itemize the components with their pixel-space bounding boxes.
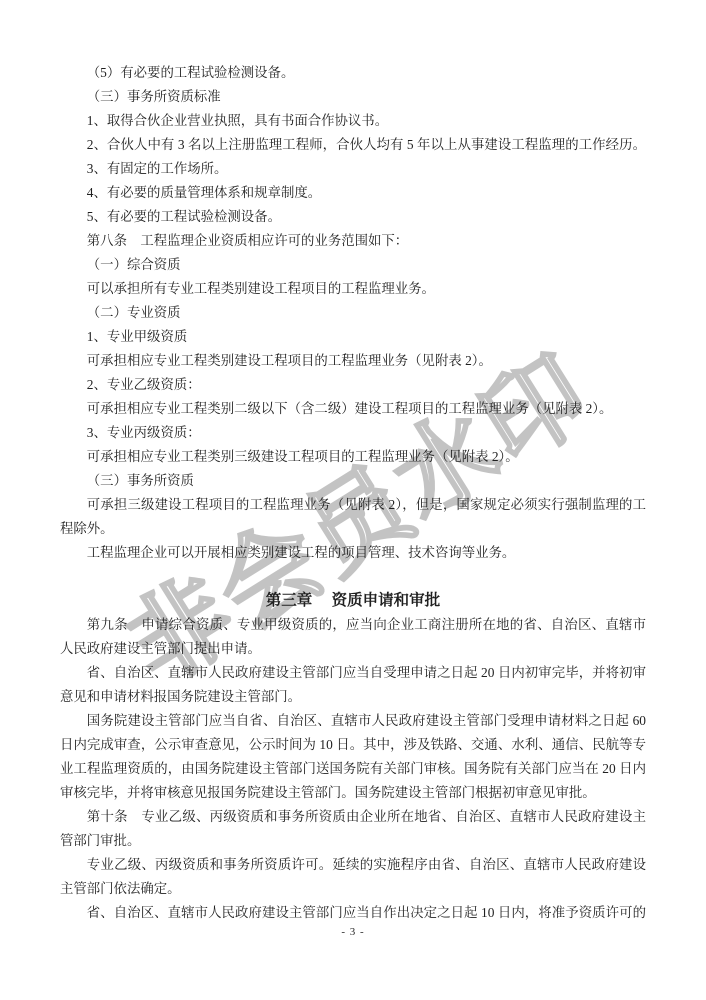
text-line: 管部门审批。 — [60, 829, 646, 853]
text-line: （二）专业资质 — [60, 301, 646, 325]
text-line: 专业乙级、丙级资质和事务所资质许可。延续的实施程序由省、自治区、直辖市人民政府建… — [60, 853, 646, 877]
blank-line — [60, 565, 646, 589]
text-line: 3、有固定的工作场所。 — [60, 157, 646, 181]
text-line: （三）事务所资质 — [60, 469, 646, 493]
document-body: （5）有必要的工程试验检测设备。（三）事务所资质标准1、取得合伙企业营业执照，具… — [60, 61, 646, 925]
text-line: 第八条 工程监理企业资质相应许可的业务范围如下： — [60, 229, 646, 253]
text-line: 工程监理企业可以开展相应类别建设工程的项目管理、技术咨询等业务。 — [60, 541, 646, 565]
text-line: 可承担三级建设工程项目的工程监理业务（见附表 2），但是，国家规定必须实行强制监… — [60, 493, 646, 517]
text-line: 日内完成审查，公示审查意见，公示时间为 10 日。其中，涉及铁路、交通、水利、通… — [60, 733, 646, 757]
text-line: 省、自治区、直辖市人民政府建设主管部门应当自作出决定之日起 10 日内，将准予资… — [60, 901, 646, 925]
text-line: 主管部门依法确定。 — [60, 877, 646, 901]
text-line: 2、合伙人中有 3 名以上注册监理工程师，合伙人均有 5 年以上从事建设工程监理… — [60, 133, 646, 157]
text-line: 审核完毕，并将审核意见报国务院建设主管部门。国务院建设主管部门根据初审意见审批。 — [60, 781, 646, 805]
text-line: 人民政府建设主管部门提出申请。 — [60, 637, 646, 661]
text-line: （三）事务所资质标准 — [60, 85, 646, 109]
text-line: 可承担相应专业工程类别建设工程项目的工程监理业务（见附表 2）。 — [60, 349, 646, 373]
document-page: 非会员水印 （5）有必要的工程试验检测设备。（三）事务所资质标准1、取得合伙企业… — [0, 0, 706, 1000]
text-line: 第九条 申请综合资质、专业甲级资质的，应当向企业工商注册所在地的省、自治区、直辖… — [60, 613, 646, 637]
text-line: （5）有必要的工程试验检测设备。 — [60, 61, 646, 85]
text-line: 1、取得合伙企业营业执照，具有书面合作协议书。 — [60, 109, 646, 133]
text-line: （一）综合资质 — [60, 253, 646, 277]
text-line: 3、专业丙级资质： — [60, 421, 646, 445]
text-line: 5、有必要的工程试验检测设备。 — [60, 205, 646, 229]
text-line: 国务院建设主管部门应当自省、自治区、直辖市人民政府建设主管部门受理申请材料之日起… — [60, 709, 646, 733]
text-line: 可承担相应专业工程类别二级以下（含二级）建设工程项目的工程监理业务（见附表 2）… — [60, 397, 646, 421]
text-line: 省、自治区、直辖市人民政府建设主管部门应当自受理申请之日起 20 日内初审完毕，… — [60, 661, 646, 685]
text-line: 可承担相应专业工程类别三级建设工程项目的工程监理业务（见附表 2）。 — [60, 445, 646, 469]
text-line: 程除外。 — [60, 517, 646, 541]
text-line: 2、专业乙级资质： — [60, 373, 646, 397]
text-line: 可以承担所有专业工程类别建设工程项目的工程监理业务。 — [60, 277, 646, 301]
text-line: 4、有必要的质量管理体系和规章制度。 — [60, 181, 646, 205]
text-line: 意见和申请材料报国务院建设主管部门。 — [60, 685, 646, 709]
chapter-heading: 第三章 资质申请和审批 — [60, 589, 646, 613]
text-line: 第十条 专业乙级、丙级资质和事务所资质由企业所在地省、自治区、直辖市人民政府建设… — [60, 805, 646, 829]
text-line: 业工程监理资质的，由国务院建设主管部门送国务院有关部门审核。国务院有关部门应当在… — [60, 757, 646, 781]
page-number: - 3 - — [0, 926, 706, 938]
text-line: 1、专业甲级资质 — [60, 325, 646, 349]
